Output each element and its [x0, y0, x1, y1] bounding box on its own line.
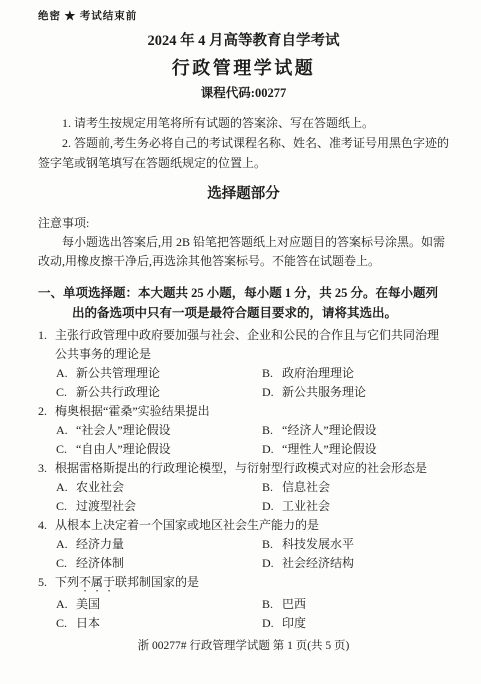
- question-item-3: 3. 根据雷格斯提出的行政理论模型，与衍射型行政模式对应的社会形态是 A. 农业…: [38, 459, 449, 516]
- question-text-emphasized: 不属于: [79, 575, 115, 589]
- question-item-2: 2. 梅奥根据“霍桑”实验结果提出 A. “社会人”理论假设 B. “经济人”理…: [38, 402, 449, 459]
- option-letter: A.: [56, 478, 76, 497]
- option-label: 信息社会: [282, 478, 330, 497]
- option-d: D. 新公共服务理论: [262, 383, 449, 402]
- option-c: C. 新公共行政理论: [56, 383, 262, 402]
- question-number: 3.: [38, 459, 55, 478]
- option-b: B. 政府治理理论: [262, 364, 449, 383]
- option-letter: C.: [56, 497, 76, 516]
- option-letter: B.: [262, 478, 282, 497]
- exam-paper-page: 绝密 ★ 考试结束前 2024 年 4 月高等教育自学考试 行政管理学试题 课程…: [0, 0, 481, 684]
- question-number: 5.: [38, 573, 55, 595]
- option-label: 新公共行政理论: [76, 383, 160, 402]
- question-text: 下列不属于联邦制国家的是: [55, 573, 449, 595]
- question-text: 从根本上决定着一个国家或地区社会生产能力的是: [55, 516, 449, 535]
- option-letter: C.: [56, 554, 76, 573]
- question-text-post: 联邦制国家的是: [115, 575, 199, 589]
- option-label: 日本: [76, 614, 100, 633]
- option-letter: D.: [262, 440, 282, 459]
- option-c: C. 过渡型社会: [56, 497, 262, 516]
- notes-label: 注意事项:: [38, 213, 449, 233]
- option-group: A. 新公共管理理论 B. 政府治理理论 C. 新公共行政理论 D. 新公共服务…: [56, 364, 449, 402]
- notes-body: 每小题选出答案后,用 2B 铅笔把答题纸上对应题目的答案标号涂黑。如需改动,用橡…: [38, 233, 449, 271]
- option-d: D. 工业社会: [262, 497, 449, 516]
- question-item-4: 4. 从根本上决定着一个国家或地区社会生产能力的是 A. 经济力量 B. 科技发…: [38, 516, 449, 573]
- option-group: A. 经济力量 B. 科技发展水平 C. 经济体制 D. 社会经济结构: [56, 535, 449, 573]
- option-c: C. 日本: [56, 614, 262, 633]
- option-d: D. 社会经济结构: [262, 554, 449, 573]
- option-letter: B.: [262, 595, 282, 614]
- option-label: 政府治理理论: [282, 364, 354, 383]
- option-a: A. 美国: [56, 595, 262, 614]
- option-letter: D.: [262, 554, 282, 573]
- option-letter: A.: [56, 535, 76, 554]
- option-label: 美国: [76, 595, 100, 614]
- instruction-item-2: 2. 答题前,考生务必将自己的考试课程名称、姓名、准考证号用黑色字迹的签字笔或钢…: [38, 133, 449, 173]
- option-label: 社会经济结构: [282, 554, 354, 573]
- option-d: D. “理性人”理论假设: [262, 440, 449, 459]
- option-letter: B.: [262, 535, 282, 554]
- option-label: 科技发展水平: [282, 535, 354, 554]
- question-list: 1. 主张行政管理中政府要加强与社会、企业和公民的合作且与它们共同治理公共事务的…: [38, 326, 449, 633]
- option-letter: D.: [262, 497, 282, 516]
- page-footer: 浙 00277# 行政管理学试题 第 1 页(共 5 页): [38, 638, 449, 654]
- security-classification-label: 绝密 ★ 考试结束前: [38, 8, 449, 23]
- instruction-item-1: 1. 请考生按规定用笔将所有试题的答案涂、写在答题纸上。: [38, 113, 449, 133]
- option-label: 经济体制: [76, 554, 124, 573]
- question-number: 2.: [38, 402, 55, 421]
- option-group: A. “社会人”理论假设 B. “经济人”理论假设 C. “自由人”理论假设 D…: [56, 421, 449, 459]
- exam-session-title: 2024 年 4 月高等教育自学考试: [38, 32, 449, 51]
- option-letter: C.: [56, 440, 76, 459]
- option-label: “自由人”理论假设: [76, 440, 171, 459]
- option-letter: C.: [56, 383, 76, 402]
- option-a: A. “社会人”理论假设: [56, 421, 262, 440]
- section-title: 选择题部分: [38, 184, 449, 204]
- option-label: “理性人”理论假设: [282, 440, 377, 459]
- general-instructions: 1. 请考生按规定用笔将所有试题的答案涂、写在答题纸上。 2. 答题前,考生务必…: [38, 113, 449, 173]
- option-label: 经济力量: [76, 535, 124, 554]
- option-a: A. 新公共管理理论: [56, 364, 262, 383]
- option-d: D. 印度: [262, 614, 449, 633]
- question-text: 主张行政管理中政府要加强与社会、企业和公民的合作且与它们共同治理公共事务的理论是: [55, 326, 449, 364]
- option-a: A. 经济力量: [56, 535, 262, 554]
- option-b: B. 巴西: [262, 595, 449, 614]
- option-letter: B.: [262, 364, 282, 383]
- option-letter: C.: [56, 614, 76, 633]
- option-group: A. 农业社会 B. 信息社会 C. 过渡型社会 D. 工业社会: [56, 478, 449, 516]
- question-number: 1.: [38, 326, 55, 364]
- option-label: 巴西: [282, 595, 306, 614]
- option-a: A. 农业社会: [56, 478, 262, 497]
- option-label: 过渡型社会: [76, 497, 136, 516]
- option-letter: D.: [262, 383, 282, 402]
- question-text: 根据雷格斯提出的行政理论模型，与衍射型行政模式对应的社会形态是: [55, 459, 449, 478]
- option-label: “经济人”理论假设: [282, 421, 377, 440]
- option-c: C. 经济体制: [56, 554, 262, 573]
- question-number: 4.: [38, 516, 55, 535]
- option-letter: A.: [56, 421, 76, 440]
- option-group: A. 美国 B. 巴西 C. 日本 D. 印度: [56, 595, 449, 633]
- option-b: B. “经济人”理论假设: [262, 421, 449, 440]
- option-letter: B.: [262, 421, 282, 440]
- question-text: 梅奥根据“霍桑”实验结果提出: [55, 402, 449, 421]
- option-label: 农业社会: [76, 478, 124, 497]
- page-title: 行政管理学试题: [38, 56, 449, 81]
- part-one-heading: 一、单项选择题：本大题共 25 小题，每小题 1 分，共 25 分。在每小题列出…: [38, 284, 449, 323]
- option-b: B. 科技发展水平: [262, 535, 449, 554]
- option-b: B. 信息社会: [262, 478, 449, 497]
- option-letter: D.: [262, 614, 282, 633]
- question-text-pre: 下列: [55, 575, 79, 589]
- course-code: 课程代码:00277: [38, 85, 449, 102]
- option-label: “社会人”理论假设: [76, 421, 171, 440]
- option-label: 工业社会: [282, 497, 330, 516]
- option-letter: A.: [56, 364, 76, 383]
- option-letter: A.: [56, 595, 76, 614]
- question-item-5: 5. 下列不属于联邦制国家的是 A. 美国 B. 巴西 C. 日本 D.: [38, 573, 449, 633]
- option-label: 新公共管理理论: [76, 364, 160, 383]
- question-item-1: 1. 主张行政管理中政府要加强与社会、企业和公民的合作且与它们共同治理公共事务的…: [38, 326, 449, 402]
- option-label: 新公共服务理论: [282, 383, 366, 402]
- option-c: C. “自由人”理论假设: [56, 440, 262, 459]
- option-label: 印度: [282, 614, 306, 633]
